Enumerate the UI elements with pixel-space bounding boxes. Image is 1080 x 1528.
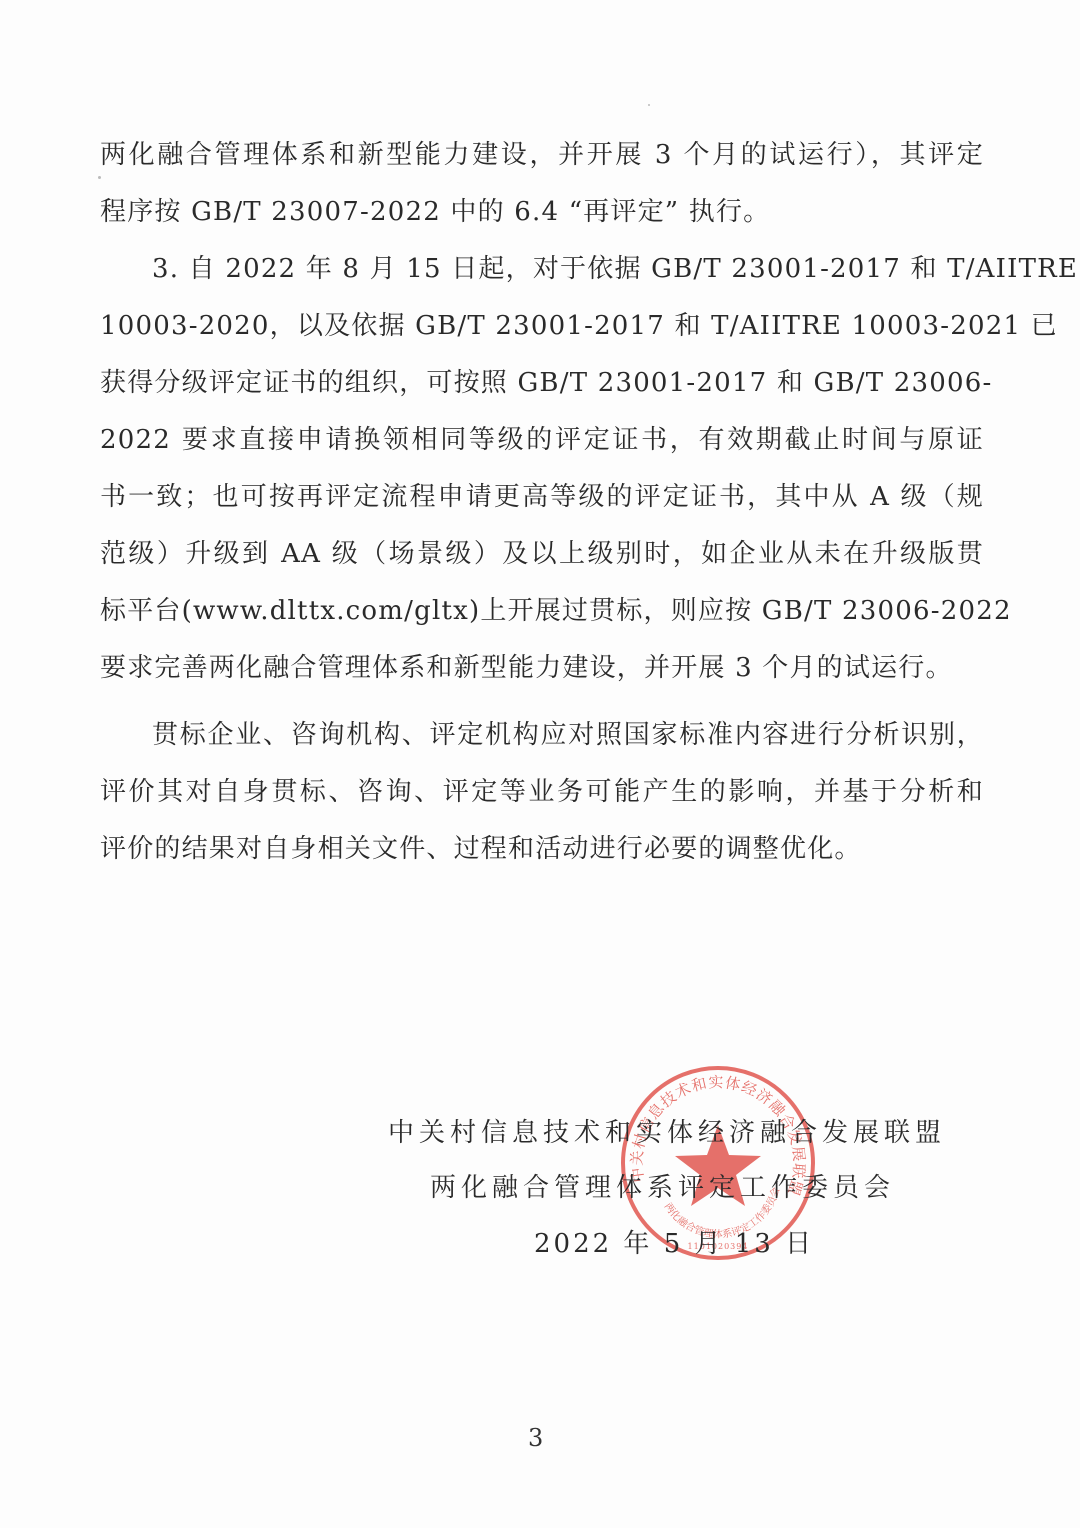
signature-organization: 中关村信息技术和实体经济融合发展联盟 [388, 1115, 946, 1151]
signature-date: 2022 年 5 月 13 日 [534, 1226, 814, 1262]
document-page: 两化融合管理体系和新型能力建设，并开展 3 个月的试运行），其评定 程序按 GB… [0, 0, 1080, 1528]
body-line: 评价其对自身贯标、咨询、评定等业务可能产生的影响，并基于分析和 [100, 774, 984, 810]
body-line: 3. 自 2022 年 8 月 15 日起，对于依据 GB/T 23001-20… [152, 251, 984, 287]
page-number: 3 [528, 1423, 543, 1453]
body-line: 获得分级评定证书的组织，可按照 GB/T 23001-2017 和 GB/T 2… [100, 365, 984, 401]
scan-speck [98, 176, 101, 179]
body-line: 程序按 GB/T 23007-2022 中的 6.4 “再评定” 执行。 [100, 194, 984, 230]
body-line: 标平台(www.dlttx.com/gltx)上开展过贯标，则应按 GB/T 2… [100, 593, 984, 629]
body-line: 10003-2020，以及依据 GB/T 23001-2017 和 T/AIIT… [100, 308, 984, 344]
scan-speck [648, 104, 650, 106]
body-line: 两化融合管理体系和新型能力建设，并开展 3 个月的试运行），其评定 [100, 137, 984, 173]
body-line: 要求完善两化融合管理体系和新型能力建设，并开展 3 个月的试运行。 [100, 650, 984, 686]
body-line: 贯标企业、咨询机构、评定机构应对照国家标准内容进行分析识别， [152, 717, 984, 753]
signature-committee: 两化融合管理体系评定工作委员会 [430, 1170, 895, 1206]
body-line: 评价的结果对自身相关文件、过程和活动进行必要的调整优化。 [100, 831, 984, 867]
body-line: 范级）升级到 AA 级（场景级）及以上级别时，如企业从未在升级版贯 [100, 536, 984, 572]
body-line: 书一致；也可按再评定流程申请更高等级的评定证书，其中从 A 级（规 [100, 479, 984, 515]
body-line: 2022 要求直接申请换领相同等级的评定证书，有效期截止时间与原证 [100, 422, 984, 458]
